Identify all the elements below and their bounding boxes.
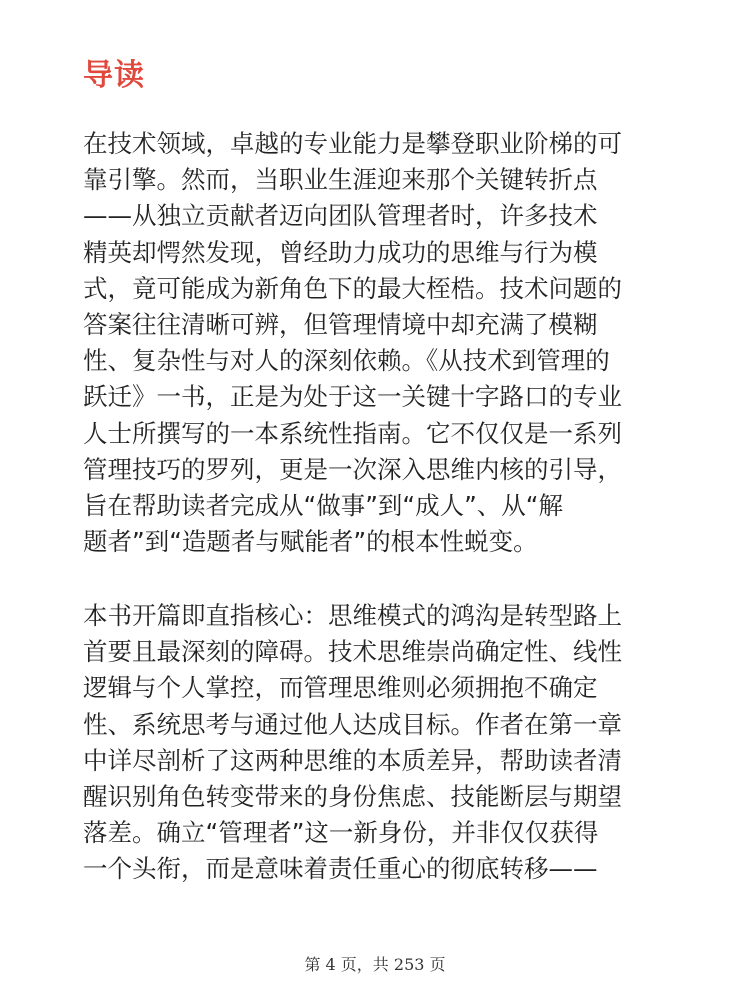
- text-line: 答案往往清晰可辨，但管理情境中却充满了模糊: [83, 307, 683, 343]
- page-number: 第 4 页，共 253 页: [0, 952, 750, 975]
- paragraph-intro: 在技术领域，卓越的专业能力是攀登职业阶梯的可 靠引擎。然而，当职业生涯迎来那个关…: [83, 126, 683, 560]
- text-line: 靠引擎。然而，当职业生涯迎来那个关键转折点: [83, 162, 683, 198]
- text-line: 逻辑与个人掌控，而管理思维则必须拥抱不确定: [83, 670, 683, 706]
- text-line: 题者”到“造题者与赋能者”的根本性蜕变。: [83, 524, 683, 560]
- text-line: 本书开篇即直指核心：思维模式的鸿沟是转型路上: [83, 598, 683, 634]
- section-title: 导读: [83, 56, 145, 96]
- text-line: ——从独立贡献者迈向团队管理者时，许多技术: [83, 198, 683, 234]
- text-line: 旨在帮助读者完成从“做事”到“成人”、从“解: [83, 488, 683, 524]
- text-line: 性、复杂性与对人的深刻依赖。《从技术到管理的: [83, 343, 683, 379]
- text-line: 精英却愕然发现，曾经助力成功的思维与行为模: [83, 235, 683, 271]
- text-line: 首要且最深刻的障碍。技术思维崇尚确定性、线性: [83, 634, 683, 670]
- text-line: 中详尽剖析了这两种思维的本质差异，帮助读者清: [83, 743, 683, 779]
- text-line: 醒识别角色转变带来的身份焦虑、技能断层与期望: [83, 779, 683, 815]
- text-line: 落差。确立“管理者”这一新身份，并非仅仅获得: [83, 815, 683, 851]
- text-line: 人士所撰写的一本系统性指南。它不仅仅是一系列: [83, 416, 683, 452]
- text-line: 跃迁》一书，正是为处于这一关键十字路口的专业: [83, 379, 683, 415]
- paragraph-mindset: 本书开篇即直指核心：思维模式的鸿沟是转型路上 首要且最深刻的障碍。技术思维崇尚确…: [83, 598, 683, 888]
- text-line: 一个头衔，而是意味着责任重心的彻底转移——: [83, 851, 683, 887]
- text-line: 在技术领域，卓越的专业能力是攀登职业阶梯的可: [83, 126, 683, 162]
- text-line: 式，竟可能成为新角色下的最大桎梏。技术问题的: [83, 271, 683, 307]
- text-line: 管理技巧的罗列，更是一次深入思维内核的引导，: [83, 452, 683, 488]
- text-line: 性、系统思考与通过他人达成目标。作者在第一章: [83, 707, 683, 743]
